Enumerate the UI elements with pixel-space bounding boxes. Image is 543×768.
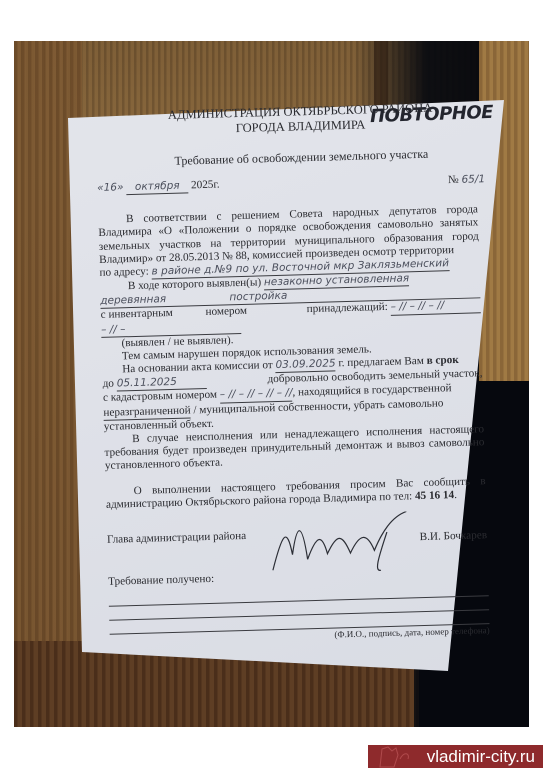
document-title: Требование об освобождении земельного уч… [126, 146, 476, 169]
lion-emblem-icon [374, 745, 414, 768]
date-row: «16» октября 2025г. № 65/1 [97, 172, 477, 199]
notice-content: АДМИНИСТРАЦИЯ ОКТЯБРЬСКОГО РАЙОНА ГОРОДА… [95, 99, 490, 648]
date-day: «16» [97, 181, 124, 194]
paragraph-report: О выполнении настоящего требования проси… [105, 475, 486, 512]
date-month: октября [126, 180, 188, 196]
head-title: Глава администрации района [107, 530, 246, 546]
document-number: № 65/1 [448, 173, 485, 187]
site-logo-banner[interactable]: vladimir-city.ru [368, 745, 543, 768]
head-name: В.И. Бочкарев [420, 529, 488, 544]
phone-number: 45 16 14 [415, 489, 454, 502]
site-name: vladimir-city.ru [427, 745, 535, 768]
date-year: 2025г. [191, 179, 220, 192]
signature-icon [261, 511, 413, 575]
